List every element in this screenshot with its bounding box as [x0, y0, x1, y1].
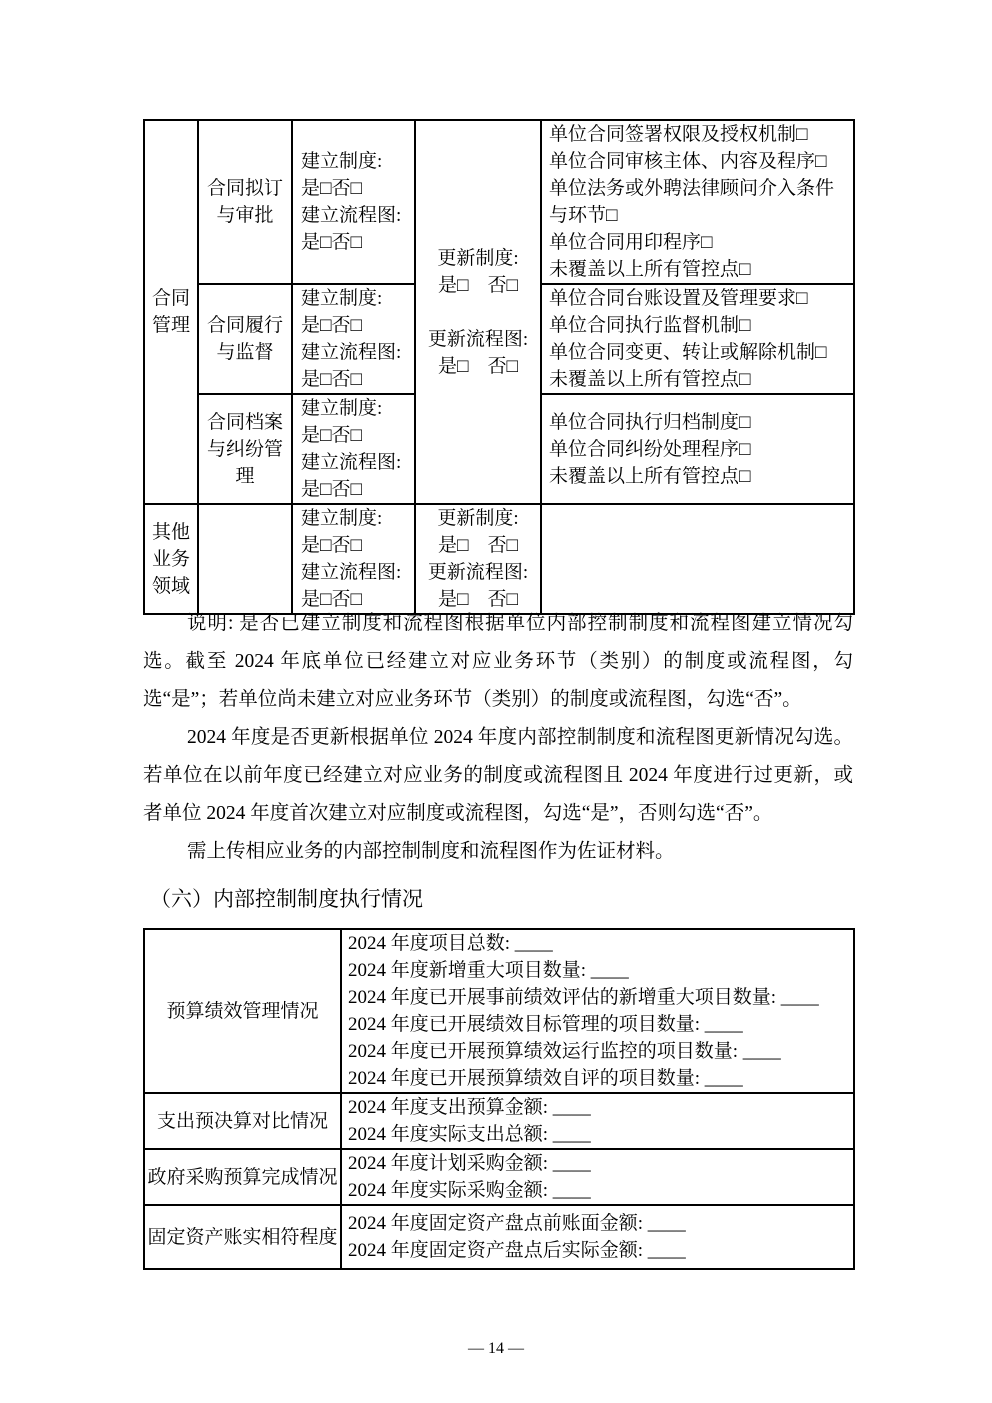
establish-flowchart-checkboxes: 是□否□ [301, 476, 412, 503]
establish-cell-drafting: 建立制度: 是□否□ 建立流程图: 是□否□ [292, 120, 415, 284]
fill-in-line: 2024 年度实际支出总额: ____ [348, 1121, 849, 1148]
establish-cell-archive: 建立制度: 是□否□ 建立流程图: 是□否□ [292, 394, 415, 504]
row-label-contract-drafting-approval: 合同拟订与审批 [198, 120, 292, 284]
blank-line [418, 299, 538, 326]
row-label-contract-archive-dispute: 合同档案与纠纷管理 [198, 394, 292, 504]
category-contract-management: 合同管理 [144, 120, 198, 504]
execution-status-table: 预算绩效管理情况 2024 年度项目总数: ____ 2024 年度新增重大项目… [143, 928, 855, 1270]
update-system-label: 更新制度: [418, 245, 538, 272]
section-heading: （六）内部控制制度执行情况 [150, 886, 423, 912]
table-row: 政府采购预算完成情况 2024 年度计划采购金额: ____ 2024 年度实际… [144, 1149, 854, 1205]
fill-in-line: 2024 年度已开展预算绩效运行监控的项目数量: ____ [348, 1038, 849, 1065]
note-paragraph-2: 2024 年度是否更新根据单位 2024 年度内部控制制度和流程图更新情况勾选。… [143, 719, 853, 833]
values-government-procurement: 2024 年度计划采购金额: ____ 2024 年度实际采购金额: ____ [341, 1149, 854, 1205]
establish-flowchart-label: 建立流程图: [301, 449, 412, 476]
fill-in-line: 2024 年度项目总数: ____ [348, 930, 849, 957]
control-point-line: 单位合同变更、转让或解除机制□ [549, 339, 849, 366]
establish-system-checkboxes: 是□否□ [301, 312, 412, 339]
establish-flowchart-label: 建立流程图: [301, 202, 412, 229]
label-expenditure-comparison: 支出预决算对比情况 [144, 1093, 341, 1149]
establish-system-label: 建立制度: [301, 285, 412, 312]
control-point-line: 未覆盖以上所有管控点□ [549, 256, 849, 283]
establish-flowchart-checkboxes: 是□否□ [301, 229, 412, 256]
control-point-line: 单位合同审核主体、内容及程序□ [549, 148, 849, 175]
values-fixed-assets-consistency: 2024 年度固定资产盘点前账面金额: ____ 2024 年度固定资产盘点后实… [341, 1205, 854, 1269]
update-system-checkboxes: 是□ 否□ [418, 532, 538, 559]
control-points-archive: 单位合同执行归档制度□ 单位合同纠纷处理程序□ 未覆盖以上所有管控点□ [541, 394, 854, 504]
establish-system-checkboxes: 是□否□ [301, 175, 412, 202]
control-point-line: 单位合同台账设置及管理要求□ [549, 285, 849, 312]
row-label-other-empty [198, 504, 292, 614]
label-fixed-assets-consistency: 固定资产账实相符程度 [144, 1205, 341, 1269]
notes-block: 说明: 是否已建立制度和流程图根据单位内部控制制度和流程图建立情况勾选。截至 2… [143, 605, 853, 871]
internal-control-business-table: 合同管理 合同拟订与审批 建立制度: 是□否□ 建立流程图: 是□否□ 更新制度… [143, 119, 855, 615]
table-row: 其他业务领域 建立制度: 是□否□ 建立流程图: 是□否□ 更新制度: 是□ 否… [144, 504, 854, 614]
control-point-line: 单位合同执行监督机制□ [549, 312, 849, 339]
establish-system-label: 建立制度: [301, 505, 412, 532]
control-points-other-empty [541, 504, 854, 614]
control-points-drafting: 单位合同签署权限及授权机制□ 单位合同审核主体、内容及程序□ 单位法务或外聘法律… [541, 120, 854, 284]
update-flowchart-checkboxes: 是□ 否□ [418, 353, 538, 380]
values-budget-performance: 2024 年度项目总数: ____ 2024 年度新增重大项目数量: ____ … [341, 929, 854, 1093]
table-row: 支出预决算对比情况 2024 年度支出预算金额: ____ 2024 年度实际支… [144, 1093, 854, 1149]
control-point-line: 单位合同用印程序□ [549, 229, 849, 256]
establish-flowchart-label: 建立流程图: [301, 559, 412, 586]
note-paragraph-1: 说明: 是否已建立制度和流程图根据单位内部控制制度和流程图建立情况勾选。截至 2… [143, 605, 853, 719]
fill-in-line: 2024 年度已开展绩效目标管理的项目数量: ____ [348, 1011, 849, 1038]
table-row: 合同管理 合同拟订与审批 建立制度: 是□否□ 建立流程图: 是□否□ 更新制度… [144, 120, 854, 284]
update-cell-merged: 更新制度: 是□ 否□ 更新流程图: 是□ 否□ [415, 120, 541, 504]
establish-cell-other: 建立制度: 是□否□ 建立流程图: 是□否□ [292, 504, 415, 614]
fill-in-line: 2024 年度固定资产盘点后实际金额: ____ [348, 1237, 849, 1264]
label-budget-performance: 预算绩效管理情况 [144, 929, 341, 1093]
control-point-line: 未覆盖以上所有管控点□ [549, 463, 849, 490]
values-expenditure-comparison: 2024 年度支出预算金额: ____ 2024 年度实际支出总额: ____ [341, 1093, 854, 1149]
control-point-line: 单位合同签署权限及授权机制□ [549, 121, 849, 148]
establish-cell-performance: 建立制度: 是□否□ 建立流程图: 是□否□ [292, 284, 415, 394]
update-system-label: 更新制度: [418, 505, 538, 532]
fill-in-line: 2024 年度已开展预算绩效自评的项目数量: ____ [348, 1065, 849, 1092]
establish-system-label: 建立制度: [301, 148, 412, 175]
control-point-line: 未覆盖以上所有管控点□ [549, 366, 849, 393]
fill-in-line: 2024 年度固定资产盘点前账面金额: ____ [348, 1210, 849, 1237]
update-flowchart-label: 更新流程图: [418, 559, 538, 586]
fill-in-line: 2024 年度新增重大项目数量: ____ [348, 957, 849, 984]
control-points-performance: 单位合同台账设置及管理要求□ 单位合同执行监督机制□ 单位合同变更、转让或解除机… [541, 284, 854, 394]
table-row: 预算绩效管理情况 2024 年度项目总数: ____ 2024 年度新增重大项目… [144, 929, 854, 1093]
establish-flowchart-checkboxes: 是□否□ [301, 366, 412, 393]
control-point-line: 单位合同执行归档制度□ [549, 409, 849, 436]
control-point-line: 单位合同纠纷处理程序□ [549, 436, 849, 463]
establish-system-checkboxes: 是□否□ [301, 532, 412, 559]
control-point-line: 单位法务或外聘法律顾问介入条件与环节□ [549, 175, 849, 229]
fill-in-line: 2024 年度已开展事前绩效评估的新增重大项目数量: ____ [348, 984, 849, 1011]
category-other-business: 其他业务领域 [144, 504, 198, 614]
establish-system-checkboxes: 是□否□ [301, 422, 412, 449]
update-cell-other: 更新制度: 是□ 否□ 更新流程图: 是□ 否□ [415, 504, 541, 614]
row-label-contract-performance-supervision: 合同履行与监督 [198, 284, 292, 394]
establish-system-label: 建立制度: [301, 395, 412, 422]
fill-in-line: 2024 年度支出预算金额: ____ [348, 1094, 849, 1121]
update-flowchart-label: 更新流程图: [418, 326, 538, 353]
establish-flowchart-label: 建立流程图: [301, 339, 412, 366]
note-paragraph-3: 需上传相应业务的内部控制制度和流程图作为佐证材料。 [143, 833, 853, 871]
label-government-procurement: 政府采购预算完成情况 [144, 1149, 341, 1205]
update-system-checkboxes: 是□ 否□ [418, 272, 538, 299]
table-row: 固定资产账实相符程度 2024 年度固定资产盘点前账面金额: ____ 2024… [144, 1205, 854, 1269]
page-number: — 14 — [0, 1340, 992, 1358]
document-page: 合同管理 合同拟订与审批 建立制度: 是□否□ 建立流程图: 是□否□ 更新制度… [0, 0, 992, 1403]
fill-in-line: 2024 年度计划采购金额: ____ [348, 1150, 849, 1177]
fill-in-line: 2024 年度实际采购金额: ____ [348, 1177, 849, 1204]
